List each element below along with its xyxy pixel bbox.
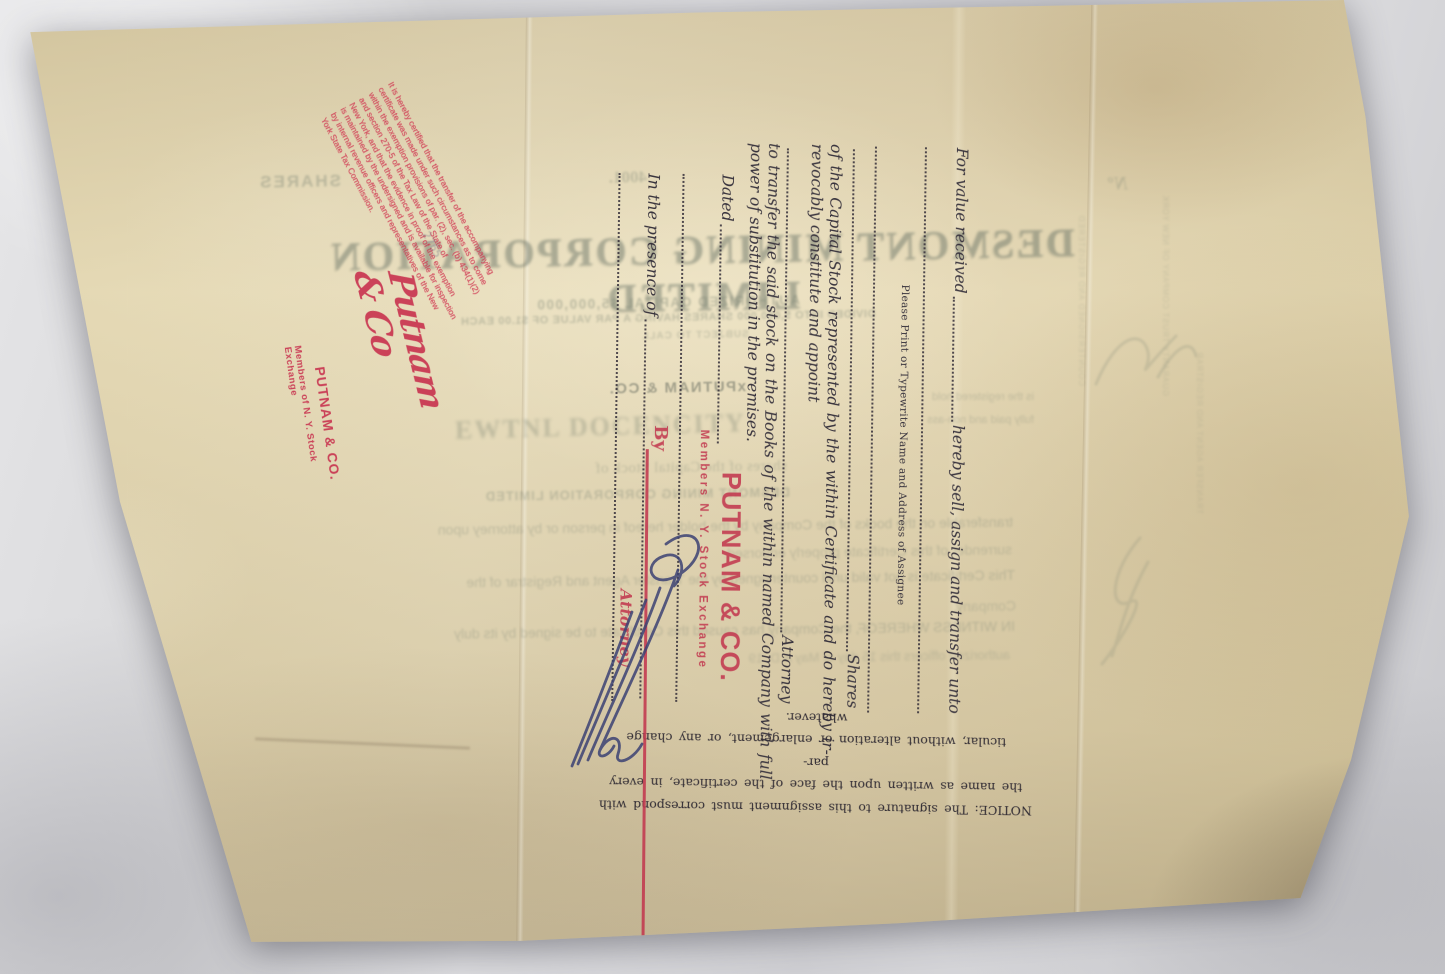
bleed-banknote-imprint: AMERICAN BANK NOTE COMPANY bbox=[1128, 916, 1243, 934]
bleed-countersigned-strip: COUNTERSIGNED AND REGISTERED bbox=[1077, 215, 1086, 386]
paper-shadow: SHARES 4001. Nº DESMONT MINING CORPORATI… bbox=[0, 0, 1445, 974]
sell-assign-text: hereby sell, assign and transfer unto bbox=[944, 425, 967, 714]
form-line-shares: Shares bbox=[842, 146, 869, 708]
bleed-signature-swoosh-lower bbox=[1090, 532, 1160, 672]
fill-in-line bbox=[917, 147, 941, 713]
revocably-text: revocably constitute and appoint bbox=[803, 144, 826, 403]
assignee-instruction: Please Print or Typewrite Name and Addre… bbox=[894, 280, 911, 610]
form-line-value-received: For value received hereby sell, assign a… bbox=[944, 148, 971, 714]
dated-label: Dated bbox=[717, 174, 737, 221]
form-line-revocably: revocably constitute and appoint bbox=[803, 144, 826, 403]
fill-in-blank bbox=[846, 149, 855, 651]
fill-in-line bbox=[867, 147, 891, 713]
value-received-text: For value received bbox=[950, 148, 971, 294]
bleed-number-label: Nº bbox=[1058, 173, 1128, 196]
dated-blank bbox=[716, 224, 721, 443]
fill-in-blank bbox=[951, 297, 955, 422]
bleed-signature-swoosh-upper bbox=[1088, 322, 1203, 397]
shares-label: Shares bbox=[842, 654, 862, 709]
bleed-shares-label: SHARES bbox=[246, 171, 341, 193]
form-line-dated: Dated bbox=[713, 174, 736, 446]
photo-of-stock-certificate-back: SHARES 4001. Nº DESMONT MINING CORPORATI… bbox=[0, 0, 1445, 974]
broker-stamp-left: Putnam & Co PUTNAM & CO. Members of N. Y… bbox=[245, 268, 448, 505]
presence-label: In the presence of bbox=[641, 173, 662, 316]
certificate-paper: SHARES 4001. Nº DESMONT MINING CORPORATI… bbox=[0, 0, 1445, 974]
ink-signature bbox=[548, 512, 723, 782]
attorney-label: Attorney bbox=[776, 635, 796, 703]
by-label: By bbox=[651, 425, 669, 451]
